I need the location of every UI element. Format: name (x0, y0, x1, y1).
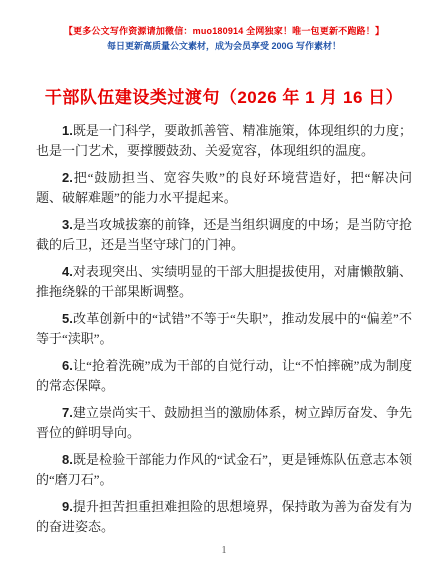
paragraph-7: 7.建立崇尚实干、鼓励担当的激励体系，树立踔厉奋发、争先晋位的鲜明导向。 (36, 403, 412, 442)
paragraph-text: 让“抢着洗碗”成为干部的自觉行动，让“不怕摔碗”成为制度的常态保障。 (36, 358, 412, 393)
document-title: 干部队伍建设类过渡句（2026 年 1 月 16 日） (0, 83, 448, 108)
paragraph-8: 8.既是检验干部能力作风的“试金石”，更是锤炼队伍意志本领的“磨刀石”。 (36, 450, 412, 489)
paragraph-number: 8. (62, 452, 73, 467)
paragraph-number: 1. (62, 123, 73, 138)
paragraph-number: 9. (62, 499, 73, 514)
document-body: 1.既是一门科学，要敢抓善管、精准施策，体现组织的力度；也是一门艺术，要撑腰鼓劲… (36, 121, 412, 536)
paragraph-5: 5.改革创新中的“试错”不等于“失职”，推动发展中的“偏差”不等于“渎职”。 (36, 309, 412, 348)
paragraph-text: 对表现突出、实绩明显的干部大胆提拔使用，对庸懒散躺、推拖绕躲的干部果断调整。 (36, 264, 412, 299)
paragraph-text: 是当攻城拔寨的前锋，还是当组织调度的中场；是当防守抢截的后卫，还是当坚守球门的门… (36, 217, 412, 252)
paragraph-number: 7. (62, 405, 73, 420)
paragraph-number: 3. (62, 217, 73, 232)
paragraph-number: 6. (62, 358, 73, 373)
paragraph-text: 既是检验干部能力作风的“试金石”，更是锤炼队伍意志本领的“磨刀石”。 (36, 452, 412, 487)
paragraph-text: 提升担苦担重担难担险的思想境界，保持敢为善为奋发有为的奋进姿态。 (36, 499, 412, 534)
paragraph-1: 1.既是一门科学，要敢抓善管、精准施策，体现组织的力度；也是一门艺术，要撑腰鼓劲… (36, 121, 412, 160)
paragraph-2: 2.把“鼓励担当、宽容失败”的良好环境营造好，把“解决问题、破解难题”的能力水平… (36, 168, 412, 207)
document-page: 【更多公文写作资源请加微信：muo180914 全网独家！唯一包更新不跑路！】 … (0, 0, 448, 580)
page-number: 1 (0, 545, 448, 556)
paragraph-number: 5. (62, 311, 73, 326)
paragraph-3: 3.是当攻城拔寨的前锋，还是当组织调度的中场；是当防守抢截的后卫，还是当坚守球门… (36, 215, 412, 254)
ad-header: 【更多公文写作资源请加微信：muo180914 全网独家！唯一包更新不跑路！】 … (0, 0, 448, 52)
paragraph-6: 6.让“抢着洗碗”成为干部的自觉行动，让“不怕摔碗”成为制度的常态保障。 (36, 356, 412, 395)
paragraph-number: 4. (62, 264, 73, 279)
paragraph-4: 4.对表现突出、实绩明显的干部大胆提拔使用，对庸懒散躺、推拖绕躲的干部果断调整。 (36, 262, 412, 301)
paragraph-9: 9.提升担苦担重担难担险的思想境界，保持敢为善为奋发有为的奋进姿态。 (36, 497, 412, 536)
paragraph-text: 改革创新中的“试错”不等于“失职”，推动发展中的“偏差”不等于“渎职”。 (36, 311, 412, 346)
paragraph-text: 既是一门科学，要敢抓善管、精准施策，体现组织的力度；也是一门艺术，要撑腰鼓劲、关… (36, 123, 412, 158)
paragraph-text: 把“鼓励担当、宽容失败”的良好环境营造好，把“解决问题、破解难题”的能力水平提起… (36, 170, 412, 205)
ad-line-2: 每日更新高质量公文素材，成为会员享受 200G 写作素材！ (0, 40, 448, 52)
paragraph-text: 建立崇尚实干、鼓励担当的激励体系，树立踔厉奋发、争先晋位的鲜明导向。 (36, 405, 412, 440)
ad-line-1: 【更多公文写作资源请加微信：muo180914 全网独家！唯一包更新不跑路！】 (0, 25, 448, 37)
paragraph-number: 2. (62, 170, 73, 185)
